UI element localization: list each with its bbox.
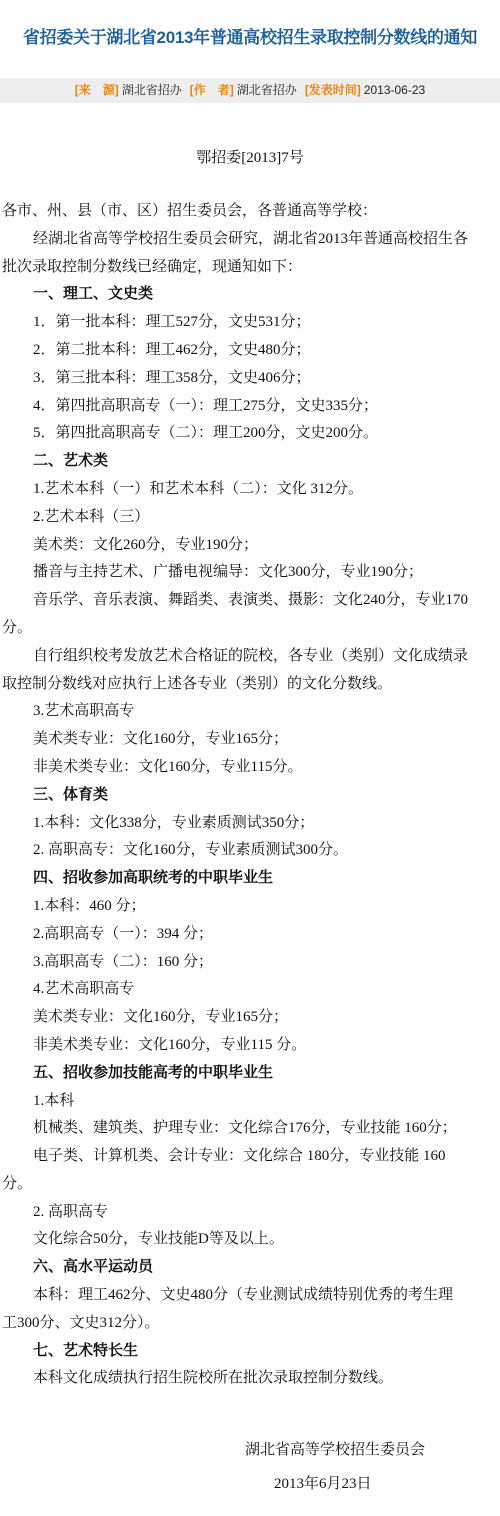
doc-line: 1.本科 bbox=[2, 1088, 500, 1116]
doc-line: 3．第三批本科：理工358分，文史406分； bbox=[2, 365, 500, 393]
doc-line: 4．第四批高职高专（一）：理工275分，文史335分； bbox=[2, 393, 500, 421]
doc-line: 播音与主持艺术、广播电视编导：文化300分，专业190分； bbox=[2, 559, 500, 587]
doc-line: 分。 bbox=[2, 1171, 500, 1199]
doc-line: 机械类、建筑类、护理专业：文化综合176分，专业技能 160分； bbox=[2, 1115, 500, 1143]
doc-line: 本科：理工462分、文史480分（专业测试成绩特别优秀的考生理 bbox=[2, 1282, 500, 1310]
doc-line: 3.高职高专（二）：160 分； bbox=[2, 949, 500, 977]
doc-line: 批次录取控制分数线已经确定，现通知如下： bbox=[2, 254, 500, 282]
page-title: 省招委关于湖北省2013年普通高校招生录取控制分数线的通知 bbox=[12, 26, 488, 50]
doc-line: 自行组织校考发放艺术合格证的院校，各专业（类别）文化成绩录 bbox=[2, 643, 500, 671]
doc-line: 1．第一批本科：理工527分，文史531分； bbox=[2, 309, 500, 337]
doc-line: 美术类专业：文化160分，专业165分； bbox=[2, 1004, 500, 1032]
doc-line: 经湖北省高等学校招生委员会研究，湖北省2013年普通高校招生各 bbox=[2, 226, 500, 254]
section-heading: 三、体育类 bbox=[2, 782, 500, 810]
doc-line: 1.本科：460 分； bbox=[2, 893, 500, 921]
source-value: 湖北省招办 bbox=[122, 83, 182, 97]
doc-line: 美术类：文化260分，专业190分； bbox=[2, 532, 500, 560]
document-body: 各市、州、县（市、区）招生委员会，各普通高等学校： 经湖北省高等学校招生委员会研… bbox=[0, 198, 500, 1393]
signature-org: 湖北省高等学校招生委员会 bbox=[245, 1436, 500, 1464]
doc-line: 2.高职高专（一）：394 分； bbox=[2, 921, 500, 949]
doc-line: 美术类专业：文化160分，专业165分； bbox=[2, 726, 500, 754]
section-heading: 二、艺术类 bbox=[2, 448, 500, 476]
publish-date-label: [发表时间] bbox=[305, 83, 361, 97]
doc-line: 本科文化成绩执行招生院校所在批次录取控制分数线。 bbox=[2, 1365, 500, 1393]
meta-bar: [来 源]湖北省招办[作 者]湖北省招办[发表时间]2013-06-23 bbox=[0, 78, 500, 103]
source-label: [来 源] bbox=[75, 83, 119, 97]
doc-line: 分。 bbox=[2, 615, 500, 643]
doc-line: 文化综合50分，专业技能D等及以上。 bbox=[2, 1226, 500, 1254]
doc-line: 1.本科：文化338分，专业素质测试350分； bbox=[2, 810, 500, 838]
doc-line: 4.艺术高职高专 bbox=[2, 976, 500, 1004]
doc-line: 音乐学、音乐表演、舞蹈类、表演类、摄影：文化240分，专业170 bbox=[2, 587, 500, 615]
doc-line: 5．第四批高职高专（二）：理工200分，文史200分。 bbox=[2, 420, 500, 448]
doc-number: 鄂招委[2013]7号 bbox=[0, 148, 500, 168]
doc-line: 非美术类专业：文化160分，专业115 分。 bbox=[2, 1032, 500, 1060]
doc-line: 电子类、计算机类、会计专业：文化综合 180分，专业技能 160 bbox=[2, 1143, 500, 1171]
section-heading: 一、理工、文史类 bbox=[2, 281, 500, 309]
doc-line: 2.艺术本科（三） bbox=[2, 504, 500, 532]
doc-line: 2．第二批本科：理工462分，文史480分； bbox=[2, 337, 500, 365]
author-label: [作 者] bbox=[190, 83, 234, 97]
doc-line: 1.艺术本科（一）和艺术本科（二）：文化 312分。 bbox=[2, 476, 500, 504]
section-heading: 四、招收参加高职统考的中职毕业生 bbox=[2, 865, 500, 893]
doc-line: 各市、州、县（市、区）招生委员会，各普通高等学校： bbox=[2, 198, 500, 226]
publish-date-value: 2013-06-23 bbox=[364, 83, 425, 97]
doc-line: 2. 高职高专 bbox=[2, 1199, 500, 1227]
section-heading: 五、招收参加技能高考的中职毕业生 bbox=[2, 1060, 500, 1088]
author-value: 湖北省招办 bbox=[237, 83, 297, 97]
doc-line: 3.艺术高职高专 bbox=[2, 698, 500, 726]
section-heading: 七、艺术特长生 bbox=[2, 1338, 500, 1366]
doc-line: 2. 高职高专：文化160分，专业素质测试300分。 bbox=[2, 837, 500, 865]
section-heading: 六、高水平运动员 bbox=[2, 1254, 500, 1282]
page: { "title": "省招委关于湖北省2013年普通高校招生录取控制分数线的通… bbox=[0, 0, 500, 1516]
signature-date: 2013年6月23日 bbox=[274, 1470, 500, 1498]
doc-line: 非美术类专业：文化160分，专业115分。 bbox=[2, 754, 500, 782]
doc-line: 工300分、文史312分）。 bbox=[2, 1310, 500, 1338]
doc-line: 取控制分数线对应执行上述各专业（类别）的文化分数线。 bbox=[2, 671, 500, 699]
